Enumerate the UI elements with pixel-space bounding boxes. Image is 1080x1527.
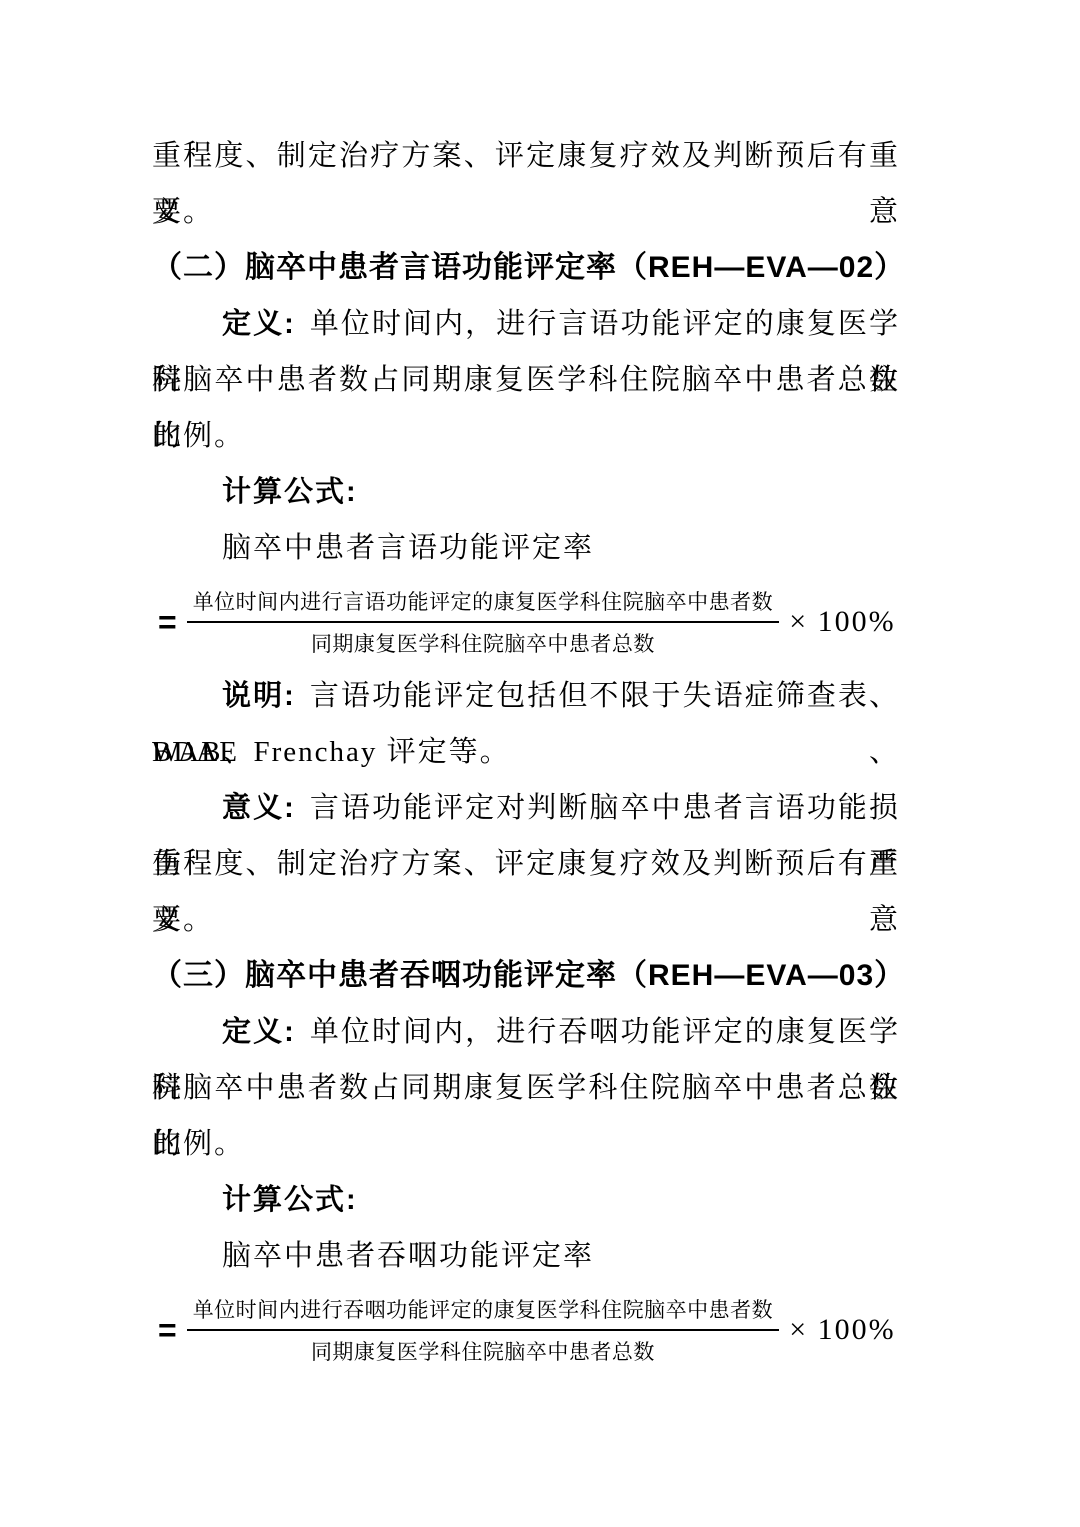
formula-numerator: 单位时间内进行言语功能评定的康复医学科住院脑卒中患者数 (187, 586, 780, 623)
meaning-line: 重程度、制定治疗方案、评定康复疗效及判断预后有重要意 (152, 836, 900, 892)
paragraph-line: 重程度、制定治疗方案、评定康复疗效及判断预后有重要意 (152, 128, 900, 184)
definition-label: 定义: (222, 1016, 296, 1048)
formula-label: 计算公式: (222, 476, 358, 508)
formula-equals: = (158, 1312, 177, 1349)
formula-label: 计算公式: (222, 1184, 358, 1216)
formula-name-line: 脑卒中患者吞咽功能评定率 (152, 1228, 900, 1284)
section-heading-swallow: （三）脑卒中患者吞咽功能评定率（REH—EVA—03） (152, 948, 900, 1004)
section-heading-speech: （二）脑卒中患者言语功能评定率（REH—EVA—02） (152, 240, 900, 296)
definition-line: 院脑卒中患者数占同期康复医学科住院脑卒中患者总数的 (152, 352, 900, 408)
formula-multiplier: × 100% (789, 605, 895, 639)
formula-equals: = (158, 604, 177, 641)
formula-multiplier: × 100% (789, 1313, 895, 1347)
definition-line: 比例。 (152, 408, 900, 464)
meaning-line: 意义:言语功能评定对判断脑卒中患者言语功能损伤严 (152, 780, 900, 836)
definition-line: 院脑卒中患者数占同期康复医学科住院脑卒中患者总数的 (152, 1060, 900, 1116)
definition-line: 比例。 (152, 1116, 900, 1172)
formula-fraction: 单位时间内进行吞咽功能评定的康复医学科住院脑卒中患者数 同期康复医学科住院脑卒中… (187, 1294, 780, 1366)
definition-line: 定义:单位时间内，进行吞咽功能评定的康复医学科住 (152, 1004, 900, 1060)
formula-denominator: 同期康复医学科住院脑卒中患者总数 (311, 623, 655, 658)
formula-numerator: 单位时间内进行吞咽功能评定的康复医学科住院脑卒中患者数 (187, 1294, 780, 1331)
formula-block-speech: = 单位时间内进行言语功能评定的康复医学科住院脑卒中患者数 同期康复医学科住院脑… (152, 576, 900, 668)
formula-label-line: 计算公式: (152, 464, 900, 520)
document-page: 重程度、制定治疗方案、评定康复疗效及判断预后有重要意 义。 （二）脑卒中患者言语… (0, 0, 1080, 1527)
formula-denominator: 同期康复医学科住院脑卒中患者总数 (311, 1331, 655, 1366)
formula-label-line: 计算公式: (152, 1172, 900, 1228)
formula-fraction: 单位时间内进行言语功能评定的康复医学科住院脑卒中患者数 同期康复医学科住院脑卒中… (187, 586, 780, 658)
formula-block-swallow: = 单位时间内进行吞咽功能评定的康复医学科住院脑卒中患者数 同期康复医学科住院脑… (152, 1284, 900, 1376)
definition-label: 定义: (222, 308, 296, 340)
note-label: 说明: (222, 680, 296, 712)
note-line: 说明:言语功能评定包括但不限于失语症筛查表、BDAE、 (152, 668, 900, 724)
meaning-label: 意义: (222, 792, 296, 824)
definition-line: 定义:单位时间内，进行言语功能评定的康复医学科住 (152, 296, 900, 352)
formula-name-line: 脑卒中患者言语功能评定率 (152, 520, 900, 576)
page-content: 重程度、制定治疗方案、评定康复疗效及判断预后有重要意 义。 （二）脑卒中患者言语… (152, 128, 900, 1376)
